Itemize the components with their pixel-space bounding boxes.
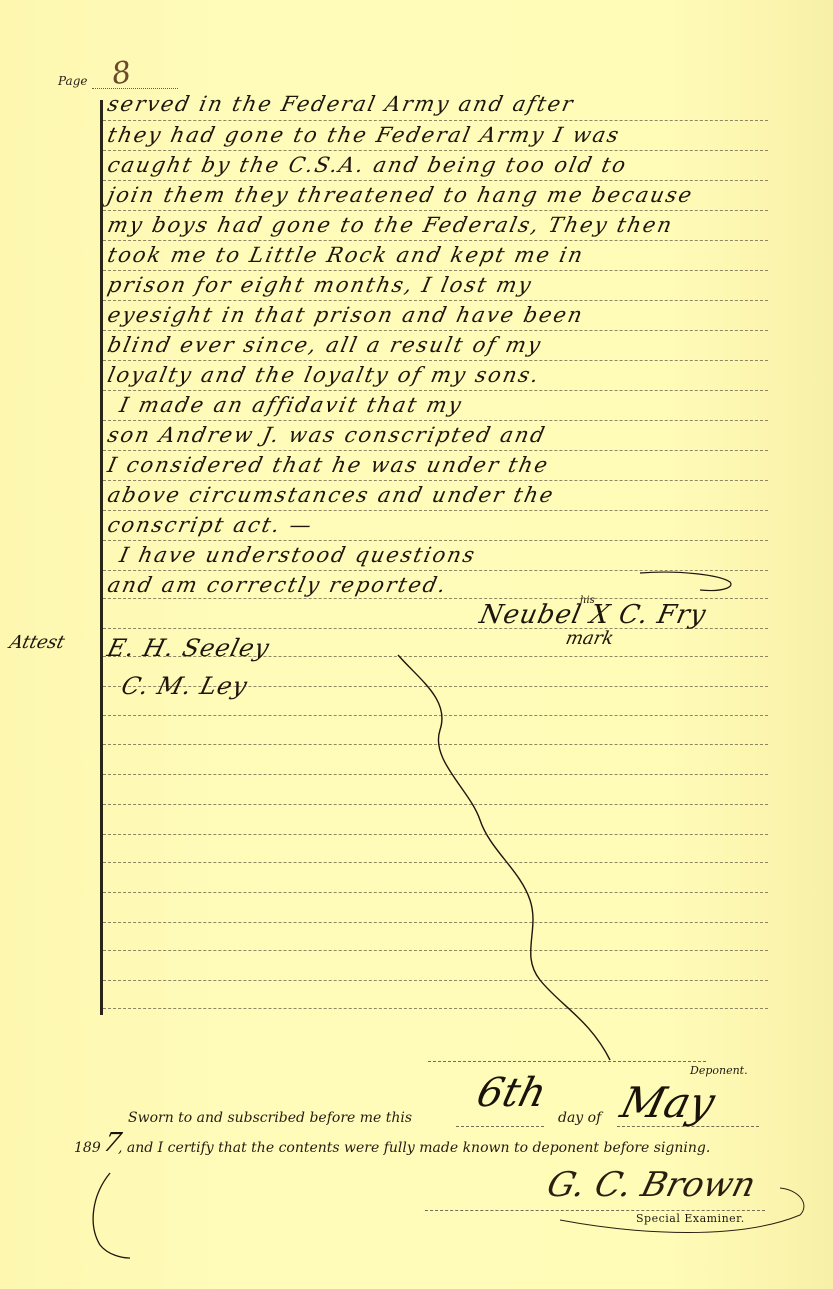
rule-line [103, 834, 768, 835]
rule-line [103, 120, 768, 121]
testimony-line: blind ever since, all a result of my [105, 333, 544, 357]
examiner-title: Special Examiner. [636, 1212, 745, 1225]
testimony-line: took me to Little Rock and kept me in [105, 243, 586, 267]
rule-line [103, 300, 768, 301]
rule-line [103, 510, 768, 511]
testimony-line: prison for eight months, I lost my [105, 273, 534, 297]
rule-line [103, 180, 768, 181]
deponent-signature: Neubel X C. Fry [477, 600, 709, 630]
witness-signature: C. M. Ley [119, 672, 251, 700]
rule-line [103, 270, 768, 271]
rule-line [103, 715, 768, 716]
signature-mark-label: mark [564, 628, 616, 649]
testimony-line: I considered that he was under the [105, 453, 551, 477]
rule-line [103, 210, 768, 211]
rule-line [103, 390, 768, 391]
day-fill-line [456, 1126, 544, 1127]
rule-line [103, 804, 768, 805]
examiner-signature: G. C. Brown [543, 1165, 760, 1205]
rule-line [103, 862, 768, 863]
testimony-line: son Andrew J. was conscripted and [105, 423, 548, 447]
deponent-label: Deponent. [690, 1064, 748, 1077]
rule-line [103, 922, 768, 923]
testimony-line: my boys had gone to the Federals, They t… [105, 213, 675, 237]
testimony-line: eyesight in that prison and have been [105, 303, 586, 327]
jurat-year-prefix: 189 [74, 1140, 101, 1156]
rule-line [103, 150, 768, 151]
jurat-day: 6th [472, 1070, 551, 1116]
jurat-month: May [616, 1078, 720, 1127]
rule-line [103, 744, 768, 745]
testimony-line: loyalty and the loyalty of my sons. [105, 363, 542, 387]
testimony-line: above circumstances and under the [105, 483, 556, 507]
rule-line [103, 1008, 768, 1009]
rule-line [103, 420, 768, 421]
rule-line [103, 980, 768, 981]
rule-line [103, 330, 768, 331]
testimony-line: caught by the C.S.A. and being too old t… [105, 153, 629, 177]
rule-line [103, 480, 768, 481]
testimony-line: I have understood questions [117, 543, 478, 567]
witness-signature: E. H. Seeley [105, 634, 273, 662]
rule-line [103, 240, 768, 241]
rule-line [103, 950, 768, 951]
page-label: Page [58, 74, 87, 88]
jurat-day-of: day of [558, 1110, 601, 1126]
rule-line [103, 450, 768, 451]
rule-line [103, 360, 768, 361]
rule-line [103, 774, 768, 775]
jurat-certification: , and I certify that the contents were f… [118, 1140, 710, 1156]
testimony-line: served in the Federal Army and after [105, 92, 576, 116]
testimony-line: I made an affidavit that my [117, 393, 465, 417]
rule-line [103, 570, 768, 571]
testimony-line: conscript act. — [105, 513, 315, 537]
rule-line [103, 892, 768, 893]
rule-line [103, 598, 768, 599]
testimony-line: and am correctly reported. [105, 573, 449, 597]
deponent-signature-line [428, 1061, 706, 1062]
rule-line [103, 540, 768, 541]
attest-label: Attest [7, 632, 67, 653]
testimony-line: they had gone to the Federal Army I was [105, 123, 622, 147]
testimony-line: join them they threatened to hang me bec… [105, 183, 695, 207]
jurat-text: Sworn to and subscribed before me this [128, 1110, 412, 1126]
examiner-signature-line [425, 1210, 765, 1211]
